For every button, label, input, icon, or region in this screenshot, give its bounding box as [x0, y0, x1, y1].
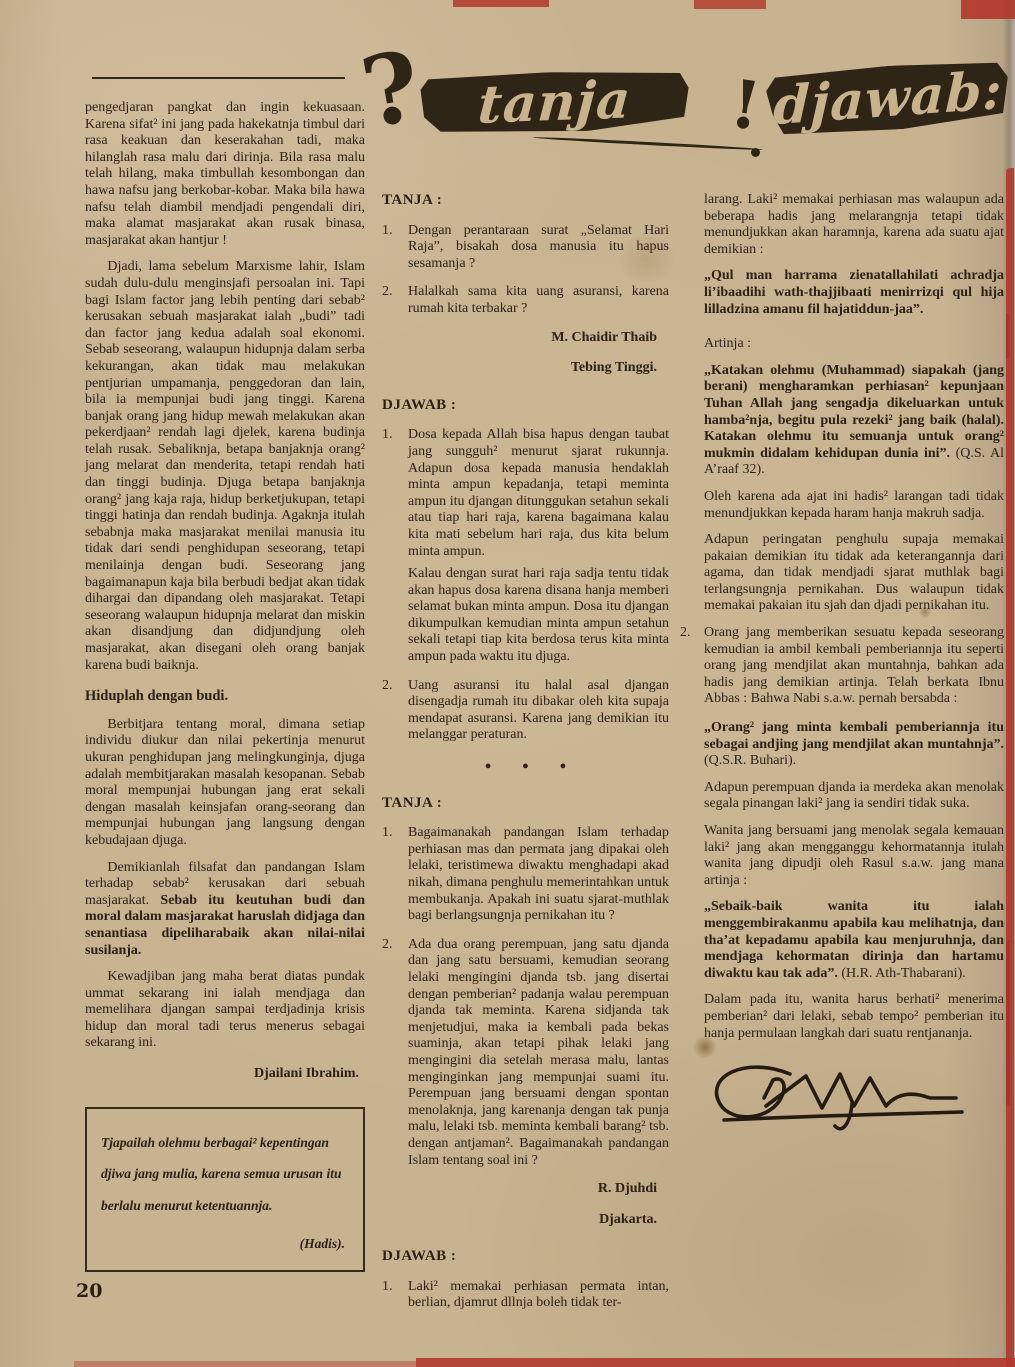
red-edge-mark: [694, 0, 766, 9]
paragraph: Berbitjara tentang moral, dimana setiap …: [85, 717, 365, 850]
asker-city: Tebing Tinggi.: [382, 360, 657, 377]
asker-name: M. Chaidir Thaib: [382, 330, 657, 347]
answer-item: 2. Orang jang memberikan sesuatu kepada …: [680, 625, 1004, 708]
hadith-quote: „Sebaik-baik wanita itu ialah menggembir…: [704, 899, 1004, 982]
hadis-attribution: (Hadis).: [101, 1228, 349, 1260]
question-item: 2. Halalkah sama kita uang asuransi, kar…: [382, 284, 669, 317]
answer-item: 1. Dosa kepada Allah bisa hapus dengan t…: [382, 427, 669, 560]
section-separator-dots: ● ● ●: [382, 758, 669, 775]
tanja-label: TANJA :: [382, 192, 669, 209]
paragraph: larang. Laki² memakai perhiasan mas wala…: [704, 192, 1004, 258]
djawab-label: DJAWAB :: [382, 397, 669, 414]
paragraph: Adapun peringatan penghulu supaja memaka…: [704, 532, 1004, 615]
question-text: Ada dua orang perempuan, jang satu djand…: [408, 937, 669, 1169]
paragraph: Dalam pada itu, wanita harus berhati² me…: [704, 992, 1004, 1042]
question-mark-glyph: ?: [355, 38, 427, 142]
asker-name: R. Djuhdi: [382, 1181, 657, 1198]
item-number: 1.: [382, 825, 408, 925]
banner-word-tanja: tanja: [476, 69, 633, 136]
handwritten-signature: [694, 1058, 1004, 1152]
item-number: 2.: [382, 284, 408, 317]
magazine-page: ? tanja ! djawab: pengedjaran pangkat da…: [0, 0, 1015, 1367]
paragraph: Oleh karena ada ajat ini hadis² larangan…: [704, 489, 1004, 522]
banner-swash-dot: [751, 148, 760, 157]
item-number: 2.: [680, 625, 704, 708]
question-item: 2. Ada dua orang perempuan, jang satu dj…: [382, 937, 669, 1169]
question-item: 1. Bagaimanakah pandangan Islam terhadap…: [382, 825, 669, 925]
page-number: 20: [76, 1280, 102, 1302]
section-heading: Hiduplah dengan budi.: [85, 688, 365, 705]
artinja-label: Artinja :: [704, 336, 1004, 353]
hadith-text: „Orang² jang minta kembali pemberiannja …: [704, 720, 1004, 752]
hadis-quote-box: Tjapailah olehmu berbagai² kepentingan d…: [85, 1107, 365, 1272]
question-text: Bagaimanakah pandangan Islam terhadap pe…: [408, 825, 669, 925]
item-number: 2.: [382, 678, 408, 744]
exclamation-mark-glyph: !: [727, 70, 765, 139]
answer-text: Dosa kepada Allah bisa hapus dengan taub…: [408, 427, 669, 560]
column-top-rule: [92, 77, 345, 79]
banner-ribbon-tanja: tanja: [420, 67, 690, 136]
right-column: larang. Laki² memakai perhiasan mas wala…: [680, 192, 1004, 1152]
author-byline: Djailani Ibrahim.: [85, 1066, 359, 1083]
item-number: 2.: [382, 937, 408, 1169]
item-number: 1.: [382, 427, 408, 560]
banner-word-djawab: djawab:: [772, 59, 1003, 136]
answer-text-continued: Kalau dengan surat hari raja sadja tentu…: [408, 566, 669, 666]
paragraph: Adapun perempuan djanda ia merdeka akan …: [704, 780, 1004, 813]
answer-text: Uang asuransi itu halal asal djangan dis…: [408, 678, 669, 744]
red-edge-mark: [1006, 168, 1014, 1367]
question-item: 1. Dengan perantaraan surat „Selamat Har…: [382, 223, 669, 273]
answer-text: Laki² memakai perhiasan permata intan, b…: [408, 1279, 669, 1312]
red-edge-mark: [416, 1358, 1015, 1367]
tanja-label: TANJA :: [382, 795, 669, 812]
quran-translation: „Katakan olehmu (Muhammad) siapakah (jan…: [704, 363, 1004, 479]
hadis-quote-text: Tjapailah olehmu berbagai² kepentingan d…: [101, 1127, 349, 1222]
paragraph: Demikianlah filsafat dan pandangan Islam…: [85, 860, 365, 960]
item-number: 1.: [382, 223, 408, 273]
paragraph: Wanita jang bersuami jang menolak segala…: [704, 823, 1004, 889]
quran-transliteration: „Qul man harrama zienatallahilati achrad…: [704, 268, 1004, 318]
asker-city: Djakarta.: [382, 1212, 657, 1229]
item-number: 1.: [382, 1279, 408, 1312]
middle-column: TANJA : 1. Dengan perantaraan surat „Sel…: [382, 192, 669, 1324]
answer-item: 1. Laki² memakai perhiasan permata intan…: [382, 1279, 669, 1312]
banner-ribbon-djawab: djawab:: [765, 58, 1011, 139]
tanja-djawab-banner: ? tanja ! djawab:: [363, 56, 1013, 164]
red-edge-mark: [74, 1361, 416, 1367]
red-edge-mark: [453, 0, 549, 7]
djawab-label: DJAWAB :: [382, 1248, 669, 1265]
hadith-reference: (H.R. Ath-Thabarani).: [841, 966, 965, 981]
red-edge-mark: [961, 0, 1015, 19]
paragraph: Kewadjiban jang maha berat diatas pundak…: [85, 969, 365, 1052]
hadith-reference: (Q.S.R. Buhari).: [704, 753, 796, 768]
paragraph: Djadi, lama sebelum Marxisme lahir, Isla…: [85, 259, 365, 674]
answer-item: 2. Uang asuransi itu halal asal djangan …: [382, 678, 669, 744]
answer-text: Orang jang memberikan sesuatu kepada ses…: [704, 625, 1004, 708]
question-text: Halalkah sama kita uang asuransi, karena…: [408, 284, 669, 317]
question-text: Dengan perantaraan surat „Selamat Hari R…: [408, 223, 669, 273]
hadith-quote: „Orang² jang minta kembali pemberiannja …: [704, 720, 1004, 770]
left-column: pengedjaran pangkat dan ingin kekuasaan.…: [85, 100, 365, 1272]
paragraph: pengedjaran pangkat dan ingin kekuasaan.…: [85, 100, 365, 249]
